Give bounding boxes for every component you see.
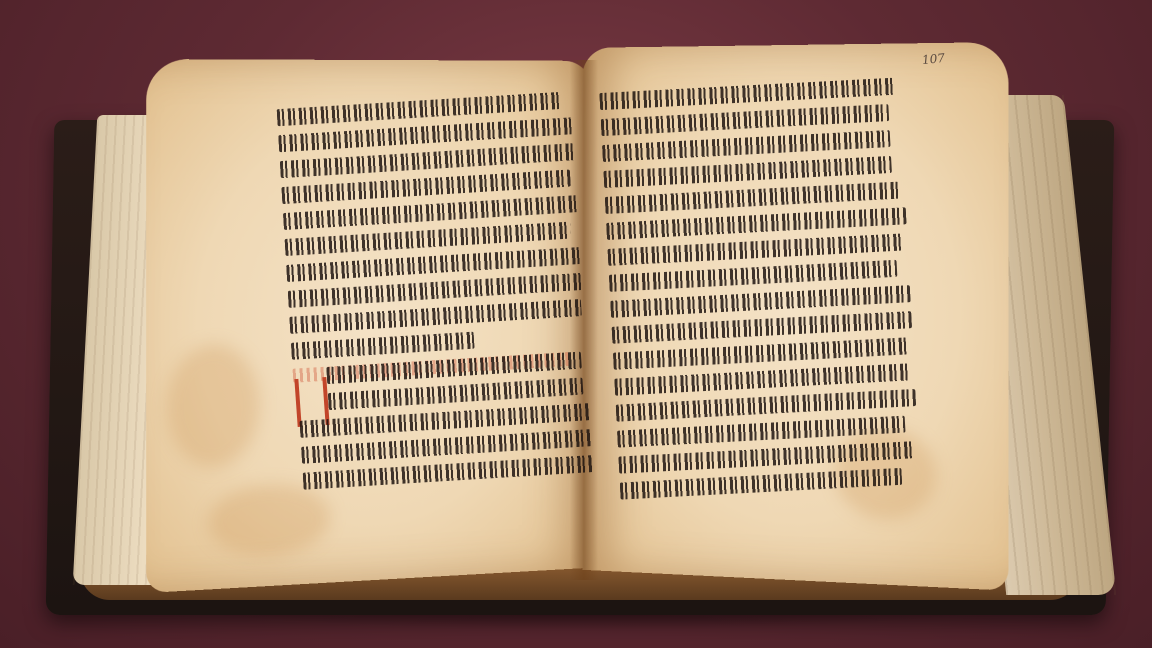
- photo-scene: 107: [0, 0, 1152, 648]
- right-page-text: [599, 77, 920, 508]
- folio-number: 107: [921, 51, 945, 67]
- left-page-text-lower: [296, 351, 593, 498]
- left-page-text-upper: [277, 91, 589, 392]
